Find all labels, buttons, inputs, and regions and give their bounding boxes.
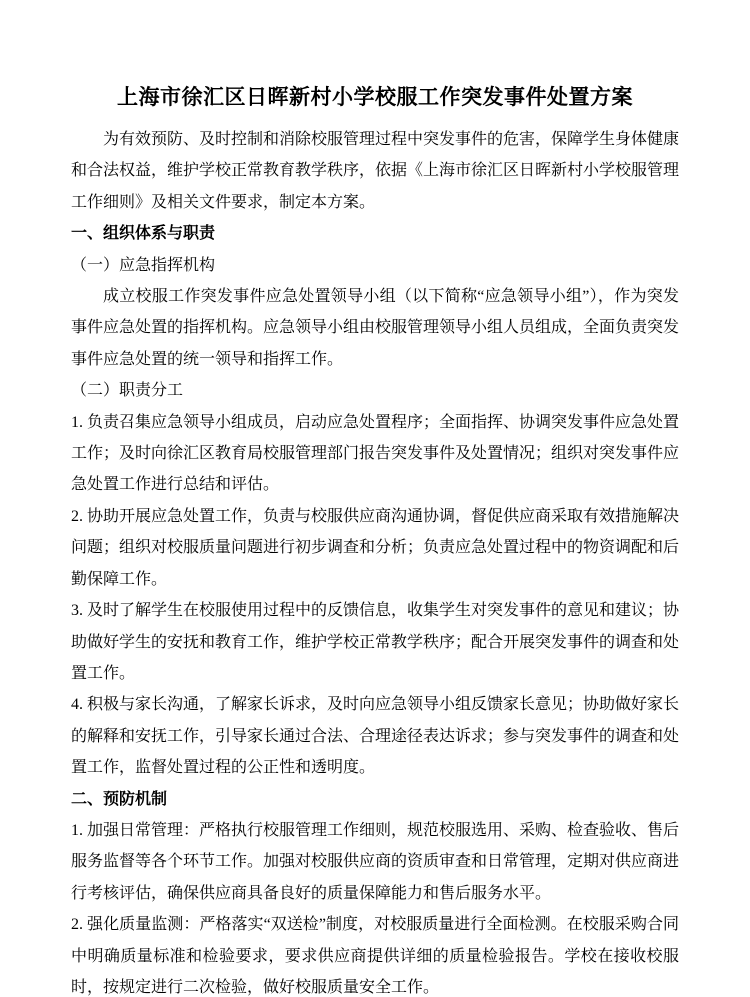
list-item-duty-4: 4. 积极与家长沟通，了解家长诉求，及时向应急领导小组反馈家长意见；协助做好家长… <box>71 689 679 783</box>
paragraph-leading-group: 成立校服工作突发事件应急处置领导小组（以下简称“应急领导小组”），作为突发事件应… <box>71 281 679 375</box>
list-item-duty-1: 1. 负责召集应急领导小组成员，启动应急处置程序；全面指挥、协调突发事件应急处置… <box>71 407 679 501</box>
document-title: 上海市徐汇区日晖新村小学校服工作突发事件处置方案 <box>71 82 679 112</box>
section-heading-organization: 一、组织体系与职责 <box>71 218 679 249</box>
list-item-prevention-1: 1. 加强日常管理：严格执行校服管理工作细则，规范校服选用、采购、检查验收、售后… <box>71 815 679 909</box>
document-page: 上海市徐汇区日晖新村小学校服工作突发事件处置方案 为有效预防、及时控制和消除校服… <box>0 0 750 997</box>
section-heading-prevention: 二、预防机制 <box>71 784 679 815</box>
list-item-duty-3: 3. 及时了解学生在校服使用过程中的反馈信息，收集学生对突发事件的意见和建议；协… <box>71 595 679 689</box>
list-item-prevention-2: 2. 强化质量监测：严格落实“双送检”制度，对校服质量进行全面检测。在校服采购合… <box>71 909 679 997</box>
sub-heading-duty-division: （二）职责分工 <box>71 375 679 406</box>
list-item-duty-2: 2. 协助开展应急处置工作，负责与校服供应商沟通协调，督促供应商采取有效措施解决… <box>71 501 679 595</box>
intro-paragraph: 为有效预防、及时控制和消除校服管理过程中突发事件的危害，保障学生身体健康和合法权… <box>71 124 679 218</box>
sub-heading-command-body: （一）应急指挥机构 <box>71 250 679 281</box>
